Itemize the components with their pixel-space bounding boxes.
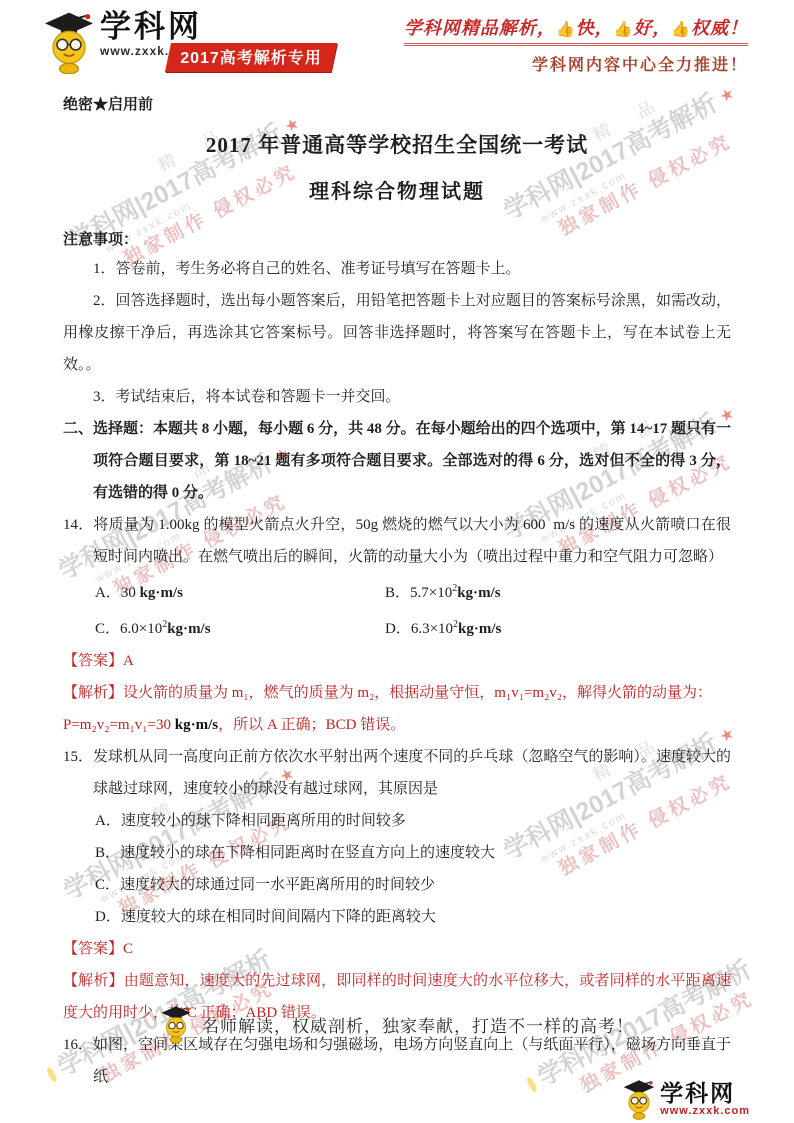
option-15-a: A．速度较小的球下降相同距离所用的时间较多 — [63, 805, 731, 837]
notice-item-1: 1．答卷前，考生务必将自己的姓名、准考证号填写在答题卡上。 — [63, 253, 731, 285]
document-content: 绝密★启用前 2017 年普通高等学校招生全国统一考试 理科综合物理试题 注意事… — [63, 95, 731, 1093]
secrecy-label: 绝密★启用前 — [63, 95, 731, 115]
option-14-c: C．6.0×102kg·m/s — [95, 609, 385, 645]
analysis-14-line2: P=m₂v₂=m₁v₁=30 kg·m/s，所以 A 正确；BCD 错误。 — [63, 709, 731, 741]
notice-item-3: 3．考试结束后，将本试卷和答题卡一并交回。 — [63, 381, 731, 413]
promo-banner: 名师解读，权威剖析，独家奉献，打造不一样的高考！ — [0, 1004, 794, 1044]
thumb-up-icon: 👍 — [556, 22, 576, 38]
thumb-up-icon: 👍 — [614, 22, 634, 38]
option-14-d: D．6.3×102kg·m/s — [385, 609, 731, 645]
footer-brand-name: 学科网 — [660, 1081, 750, 1105]
notice-heading: 注意事项： — [63, 227, 731, 253]
footer-brand-block: 学科网 www.zxxk.com — [660, 1081, 750, 1117]
mascot-watermark-icon — [52, 569, 60, 583]
header-slogan: 学科网精品解析，👍快，👍好，👍权威！ 学科网内容中心全力推进！ — [404, 14, 748, 75]
option-15-c: C．速度较大的球通过同一水平距离所用的时间较少 — [63, 869, 731, 901]
answer-15: 【答案】C — [63, 933, 731, 965]
footer-logo: 学科网 www.zxxk.com — [622, 1078, 750, 1120]
footer-brand-url: www.zxxk.com — [660, 1105, 750, 1117]
question-14-stem: 14．将质量为 1.00kg 的模型火箭点火升空，50g 燃烧的燃气以大小为 6… — [63, 509, 731, 573]
section-header: 二、选择题：本题共 8 小题，每小题 6 分，共 48 分。在每小题给出的四个选… — [63, 413, 731, 509]
option-15-d: D．速度较大的球在相同时间间隔内下降的距离较大 — [63, 901, 731, 933]
mascot-icon — [622, 1078, 656, 1120]
slogan-subline: 学科网内容中心全力推进！ — [404, 52, 748, 75]
edition-banner: 2017高考解析专用 — [165, 43, 337, 72]
option-14-b: B．5.7×102kg·m/s — [385, 573, 731, 609]
exam-paper-page: 精 品 学科网|2017高考解析★ www.zxxk.com 独家制作 侵权必究… — [0, 0, 794, 1123]
analysis-14-line1: 【解析】设火箭的质量为 m₁，燃气的质量为 m₂，根据动量守恒，m₁v₁=m₂v… — [63, 677, 731, 709]
notice-item-2: 2．回答选择题时，选出每小题答案后，用铅笔把答题卡上对应题目的答案标号涂黑，如需… — [63, 285, 731, 381]
option-15-b: B．速度较小的球在下降相同距离时在竖直方向上的速度较大 — [63, 837, 731, 869]
answer-14: 【答案】A — [63, 645, 731, 677]
option-14-a: A．30 kg·m/s — [95, 573, 385, 609]
mascot-watermark-icon — [45, 1066, 58, 1083]
mascot-icon — [160, 1004, 192, 1044]
page-subtitle: 理科综合物理试题 — [63, 179, 731, 205]
thumb-up-icon: 👍 — [671, 22, 691, 38]
question-15-stem: 15．发球机从同一高度向正前方依次水平射出两个速度不同的乒乓球（忽略空气的影响）… — [63, 741, 731, 805]
mascot-icon — [42, 10, 96, 74]
promo-text: 名师解读，权威剖析，独家奉献，打造不一样的高考！ — [202, 1012, 634, 1037]
page-title: 2017 年普通高等学校招生全国统一考试 — [63, 131, 731, 159]
brand-name: 学科网 — [100, 10, 202, 44]
question-14-options: A．30 kg·m/s B．5.7×102kg·m/s C．6.0×102kg·… — [63, 573, 731, 645]
slogan-calligraphy: 学科网精品解析，👍快，👍好，👍权威！ — [404, 14, 748, 46]
